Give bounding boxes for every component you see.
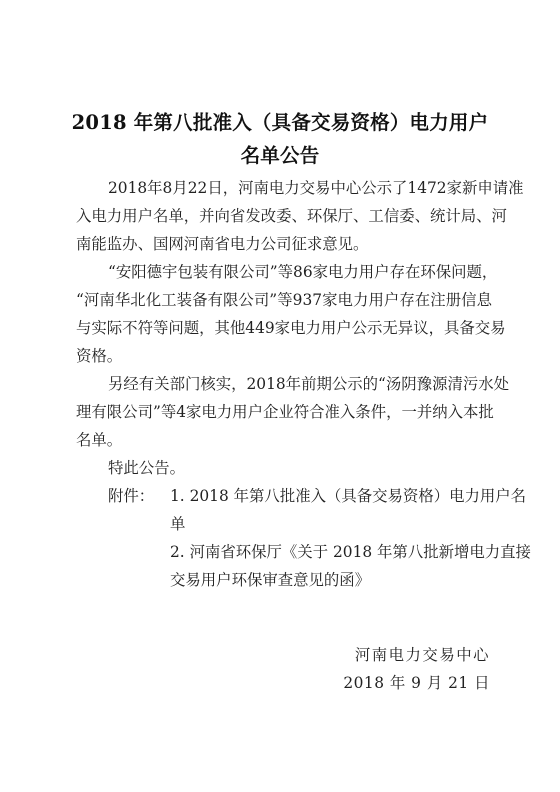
document-body: 2018年8月22日，河南电力交易中心公示了1472家新申请准 入电力用户名单，… [76,174,492,594]
paragraph-review-results: “安阳德宇包装有限公司”等86家电力用户存在环保问题， “河南华北化工装备有限公… [76,258,492,370]
attachment-line: 单 [76,510,492,538]
title-line-2: 名单公告 [60,139,500,172]
paragraph-announcement: 2018年8月22日，河南电力交易中心公示了1472家新申请准 入电力用户名单，… [76,174,492,258]
paragraph-line: “安阳德宇包装有限公司”等86家电力用户存在环保问题， [76,258,492,286]
attachments-label: 附件： [76,482,170,510]
signature-block: 河南电力交易中心 2018 年 9 月 21 日 [343,641,490,697]
attachments-section: 附件： 1. 2018 年第八批准入（具备交易资格）电力用户名 单 2. 河南省… [76,482,492,594]
paragraph-line: 另经有关部门核实，2018年前期公示的“汤阴豫源清污水处 [76,370,492,398]
attachment-item-2: 2. 河南省环保厅《关于 2018 年第八批新增电力直接 [76,538,492,566]
paragraph-line: 特此公告。 [76,454,492,482]
document-title: 2018 年第八批准入（具备交易资格）电力用户 名单公告 [60,106,500,172]
paragraph-line: 资格。 [76,342,492,370]
paragraph-line: 理有限公司”等4家电力用户企业符合准入条件，一并纳入本批 [76,398,492,426]
issuing-organization: 河南电力交易中心 [343,641,490,669]
paragraph-closing: 特此公告。 [76,454,492,482]
document-page: 2018 年第八批准入（具备交易资格）电力用户 名单公告 2018年8月22日，… [0,0,560,792]
attachment-line: 交易用户环保审查意见的函》 [76,566,492,594]
attachment-item-1: 附件： 1. 2018 年第八批准入（具备交易资格）电力用户名 [76,482,492,510]
issue-date: 2018 年 9 月 21 日 [343,669,490,697]
paragraph-line: 与实际不符等问题，其他449家电力用户公示无异议，具备交易 [76,314,492,342]
paragraph-line: 名单。 [76,426,492,454]
paragraph-line: 南能监办、国网河南省电力公司征求意见。 [76,230,492,258]
paragraph-line: 入电力用户名单，并向省发改委、环保厅、工信委、统计局、河 [76,202,492,230]
title-line-1: 2018 年第八批准入（具备交易资格）电力用户 [60,106,500,139]
attachment-line: 1. 2018 年第八批准入（具备交易资格）电力用户名 [170,482,526,510]
paragraph-line: 2018年8月22日，河南电力交易中心公示了1472家新申请准 [76,174,492,202]
paragraph-line: “河南华北化工装备有限公司”等937家电力用户存在注册信息 [76,286,492,314]
paragraph-additional-approval: 另经有关部门核实，2018年前期公示的“汤阴豫源清污水处 理有限公司”等4家电力… [76,370,492,454]
